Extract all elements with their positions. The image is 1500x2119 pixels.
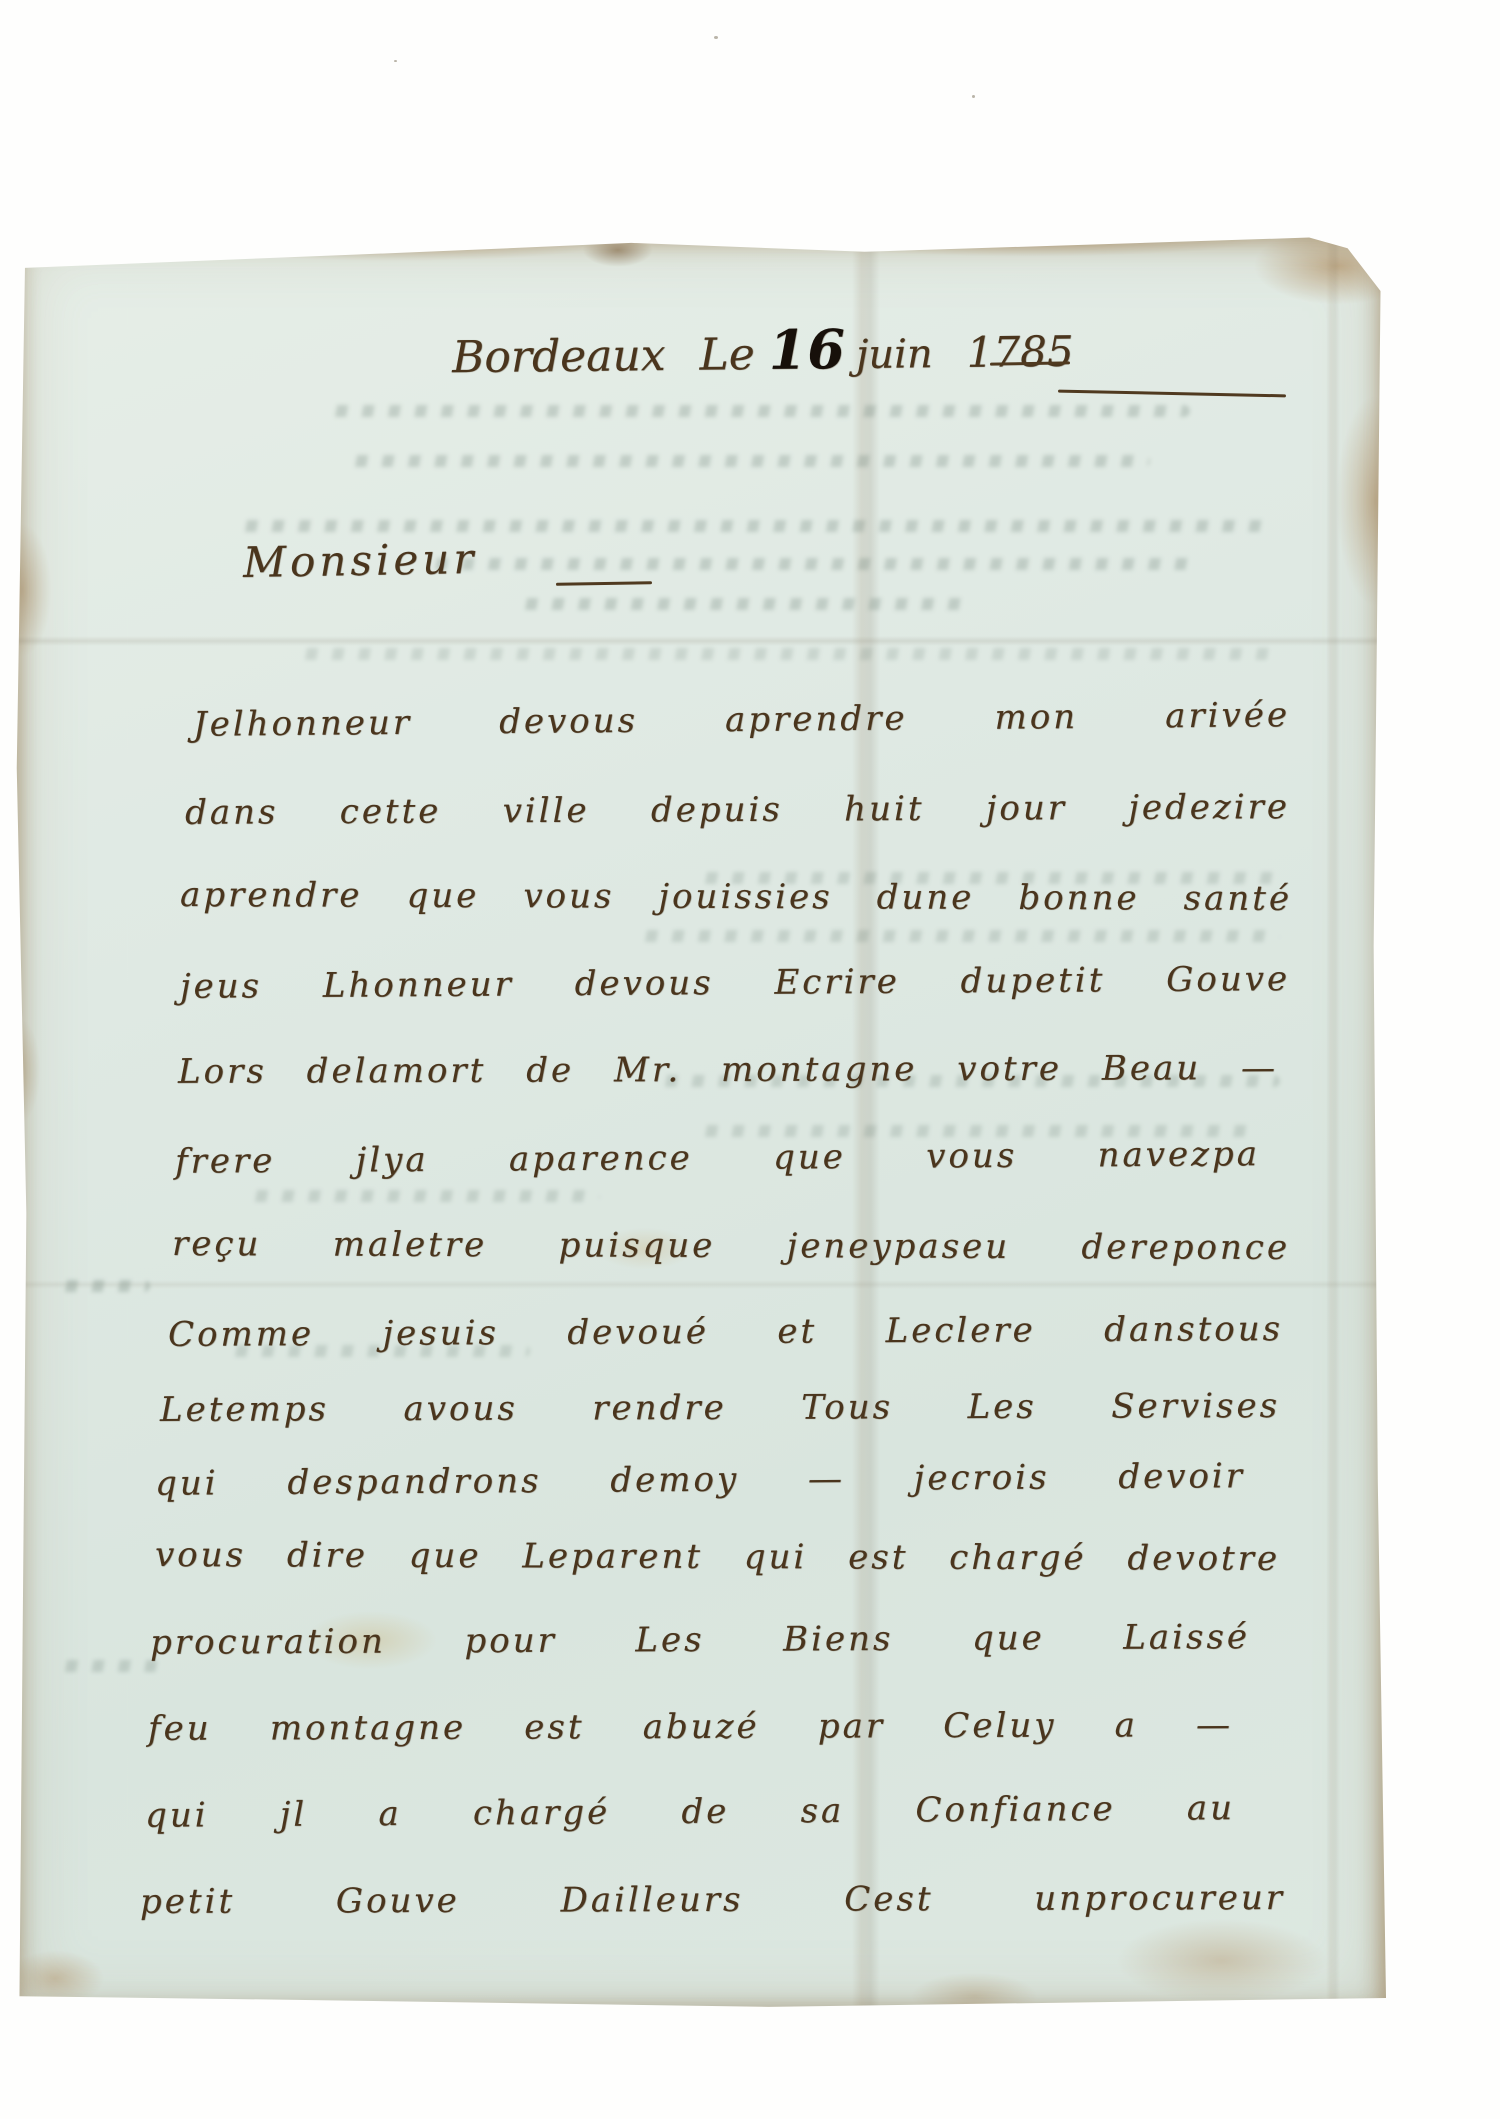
salutation: Monsieur <box>243 534 478 587</box>
handwritten-line: frere jlya aparence que vous navezpa <box>175 1134 1260 1182</box>
handwritten-line: Lors delamort de Mr. montagne votre Beau… <box>178 1048 1278 1092</box>
scan-speck <box>394 60 397 62</box>
bleedthrough-ghost <box>330 405 1190 417</box>
dateline-year: 1785 <box>966 327 1073 377</box>
bleedthrough-ghost <box>240 520 1270 532</box>
fold-crease-right <box>1326 234 1340 2014</box>
fold-crease-upper <box>14 636 1386 646</box>
bleedthrough-ghost <box>60 1280 150 1292</box>
dateline-month: juin <box>856 331 933 378</box>
handwritten-line: qui despandrons demoy — jecrois devoir <box>155 1456 1245 1504</box>
dateline-place: Bordeaux <box>452 330 666 383</box>
bleedthrough-ghost <box>250 1190 600 1202</box>
bleedthrough-ghost <box>300 648 1280 660</box>
scan-speck <box>972 95 975 98</box>
scanned-letter: BordeauxLe 16juin1785 Monsieur Jelhonneu… <box>0 0 1500 2119</box>
bleedthrough-ghost <box>520 598 970 610</box>
dateline: BordeauxLe 16juin1785 <box>452 315 1074 386</box>
handwritten-line: Comme jesuis devoué et Leclere danstous <box>168 1309 1283 1355</box>
handwritten-line: aprendre que vous jouissies dune bonne s… <box>180 875 1292 919</box>
handwritten-line: vous dire que Leparent qui est chargé de… <box>155 1535 1280 1579</box>
bleedthrough-ghost <box>430 558 1200 570</box>
fold-crease-center <box>852 234 880 2014</box>
handwritten-line: petit Gouve Dailleurs Cest unprocureur <box>140 1878 1285 1922</box>
handwritten-line: qui jl a chargé de sa Confiance au <box>145 1788 1235 1836</box>
bleedthrough-ghost <box>60 1660 160 1672</box>
handwritten-line: procuration pour Les Biens que Laissé <box>150 1617 1250 1663</box>
handwritten-line: Letemps avous rendre Tous Les Servises <box>160 1386 1280 1430</box>
handwritten-line: dans cette ville depuis huit jour jedezi… <box>185 787 1290 833</box>
handwritten-line: jeus Lhonneur devous Ecrire dupetit Gouv… <box>180 959 1290 1007</box>
handwritten-line: feu montagne est abuzé par Celuy a — <box>148 1705 1233 1749</box>
fold-crease-lower <box>14 1280 1386 1289</box>
dateline-day: 16 <box>768 317 846 382</box>
handwritten-line: reçu maletre puisque jeneypaseu dereponc… <box>172 1224 1290 1268</box>
bleedthrough-ghost <box>350 455 1150 467</box>
scan-speck <box>714 36 718 39</box>
dateline-le: Le <box>699 329 755 381</box>
bleedthrough-ghost <box>640 930 1280 942</box>
